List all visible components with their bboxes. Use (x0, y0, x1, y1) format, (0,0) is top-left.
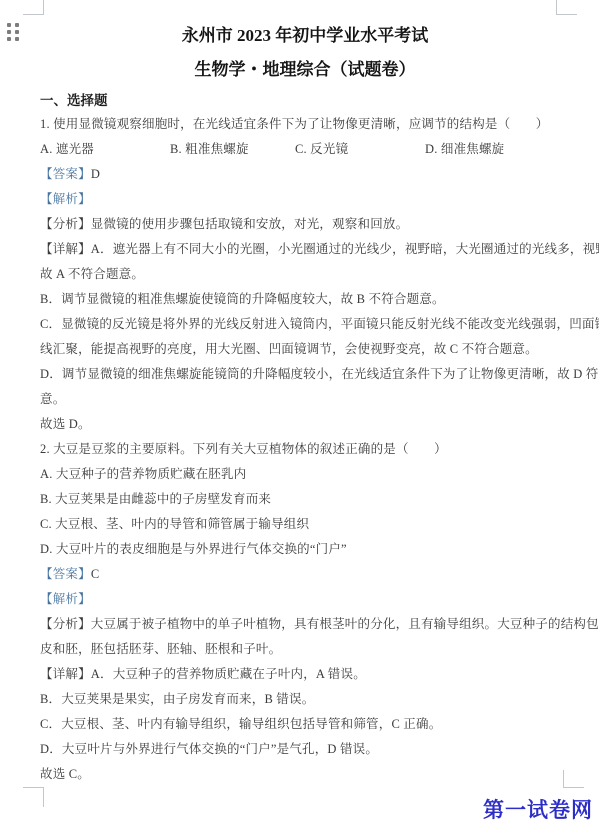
corner-mark-top-right (556, 0, 557, 14)
q2-analysis-line: 皮和胚，胚包括胚芽、胚轴、胚根和子叶。 (40, 637, 570, 662)
q2-answer-line: 【答案】C (40, 562, 570, 587)
q1-option-b: B. 粗准焦螺旋 (170, 137, 295, 162)
q2-option-c: C. 大豆根、茎、叶内的导管和筛管属于输导组织 (40, 512, 570, 537)
q2-detail-line: C．大豆根、茎、叶内有输导组织，输导组织包括导管和筛管，C 正确。 (40, 712, 570, 737)
corner-mark-bottom-right (563, 787, 584, 788)
q1-detail-line: 故 A 不符合题意。 (40, 262, 570, 287)
q2-detail-line: D．大豆叶片与外界进行气体交换的“门户”是气孔，D 错误。 (40, 737, 570, 762)
q1-detail-line: B．调节显微镜的粗准焦螺旋使镜筒的升降幅度较大，故 B 不符合题意。 (40, 287, 570, 312)
q1-answer-label: 【答案】 (40, 167, 91, 181)
q1-detail-line: C．显微镜的反光镜是将外界的光线反射进入镜筒内，平面镜只能反射光线不能改变光线强… (40, 312, 570, 337)
exam-document-page: 永州市 2023 年初中学业水平考试 生物学・地理综合（试题卷） 一、选择题 1… (0, 0, 599, 829)
drag-handle-icon[interactable] (7, 23, 19, 41)
q1-option-a: A. 遮光器 (40, 137, 170, 162)
q2-conclusion-line: 故选 C。 (40, 762, 570, 787)
site-watermark: 第一试卷网 (483, 798, 593, 822)
corner-mark-top-left (43, 0, 44, 14)
q1-jiexi-label: 【解析】 (40, 192, 91, 206)
q1-detail-line: 意。 (40, 387, 570, 412)
q2-detail-line: B．大豆荚果是果实，由子房发育而来，B 错误。 (40, 687, 570, 712)
q2-stem: 2. 大豆是豆浆的主要原料。下列有关大豆植物体的叙述正确的是（ ） (40, 437, 570, 462)
q1-stem: 1. 使用显微镜观察细胞时，在光线适宜条件下为了让物像更清晰，应调节的结构是（ … (40, 112, 570, 137)
q1-detail-line: 【详解】A．遮光器上有不同大小的光圈，小光圈通过的光线少，视野暗，大光圈通过的光… (40, 237, 570, 262)
q1-detail-line: D．调节显微镜的细准焦螺旋能镜筒的升降幅度较小，在光线适宜条件下为了让物像更清晰… (40, 362, 570, 387)
q2-option-a: A. 大豆种子的营养物质贮藏在胚乳内 (40, 462, 570, 487)
q1-option-c: C. 反光镜 (295, 137, 425, 162)
q1-analysis-line: 【分析】显微镜的使用步骤包括取镜和安放，对光，观察和回放。 (40, 212, 570, 237)
q1-option-d: D. 细准焦螺旋 (425, 137, 504, 162)
q2-jiexi-label: 【解析】 (40, 592, 91, 606)
q2-answer-value: C (91, 567, 100, 581)
corner-mark-bottom-left (43, 787, 44, 807)
q1-conclusion-line: 故选 D。 (40, 412, 570, 437)
q1-jiexi-line: 【解析】 (40, 187, 570, 212)
section-header: 一、选择题 (40, 90, 570, 112)
q2-detail-line: 【详解】A．大豆种子的营养物质贮藏在子叶内，A 错误。 (40, 662, 570, 687)
q2-option-d: D. 大豆叶片的表皮细胞是与外界进行气体交换的“门户” (40, 537, 570, 562)
q2-option-b: B. 大豆荚果是由雌蕊中的子房壁发育而来 (40, 487, 570, 512)
q1-options-row: A. 遮光器 B. 粗准焦螺旋 C. 反光镜 D. 细准焦螺旋 (40, 137, 570, 162)
q1-answer-value: D (91, 167, 100, 181)
q1-detail-line: 线汇聚，能提高视野的亮度，用大光圈、凹面镜调节，会使视野变亮，故 C 不符合题意… (40, 337, 570, 362)
q1-answer-line: 【答案】D (40, 162, 570, 187)
q2-answer-label: 【答案】 (40, 567, 91, 581)
q2-jiexi-line: 【解析】 (40, 587, 570, 612)
doc-title-line2: 生物学・地理综合（试题卷） (40, 58, 570, 82)
doc-title-line1: 永州市 2023 年初中学业水平考试 (40, 24, 570, 48)
q2-analysis-line: 【分析】大豆属于被子植物中的单子叶植物，具有根茎叶的分化，且有输导组织。大豆种子… (40, 612, 570, 637)
document-content: 永州市 2023 年初中学业水平考试 生物学・地理综合（试题卷） 一、选择题 1… (40, 14, 570, 787)
corner-mark-bottom-left (23, 787, 44, 788)
